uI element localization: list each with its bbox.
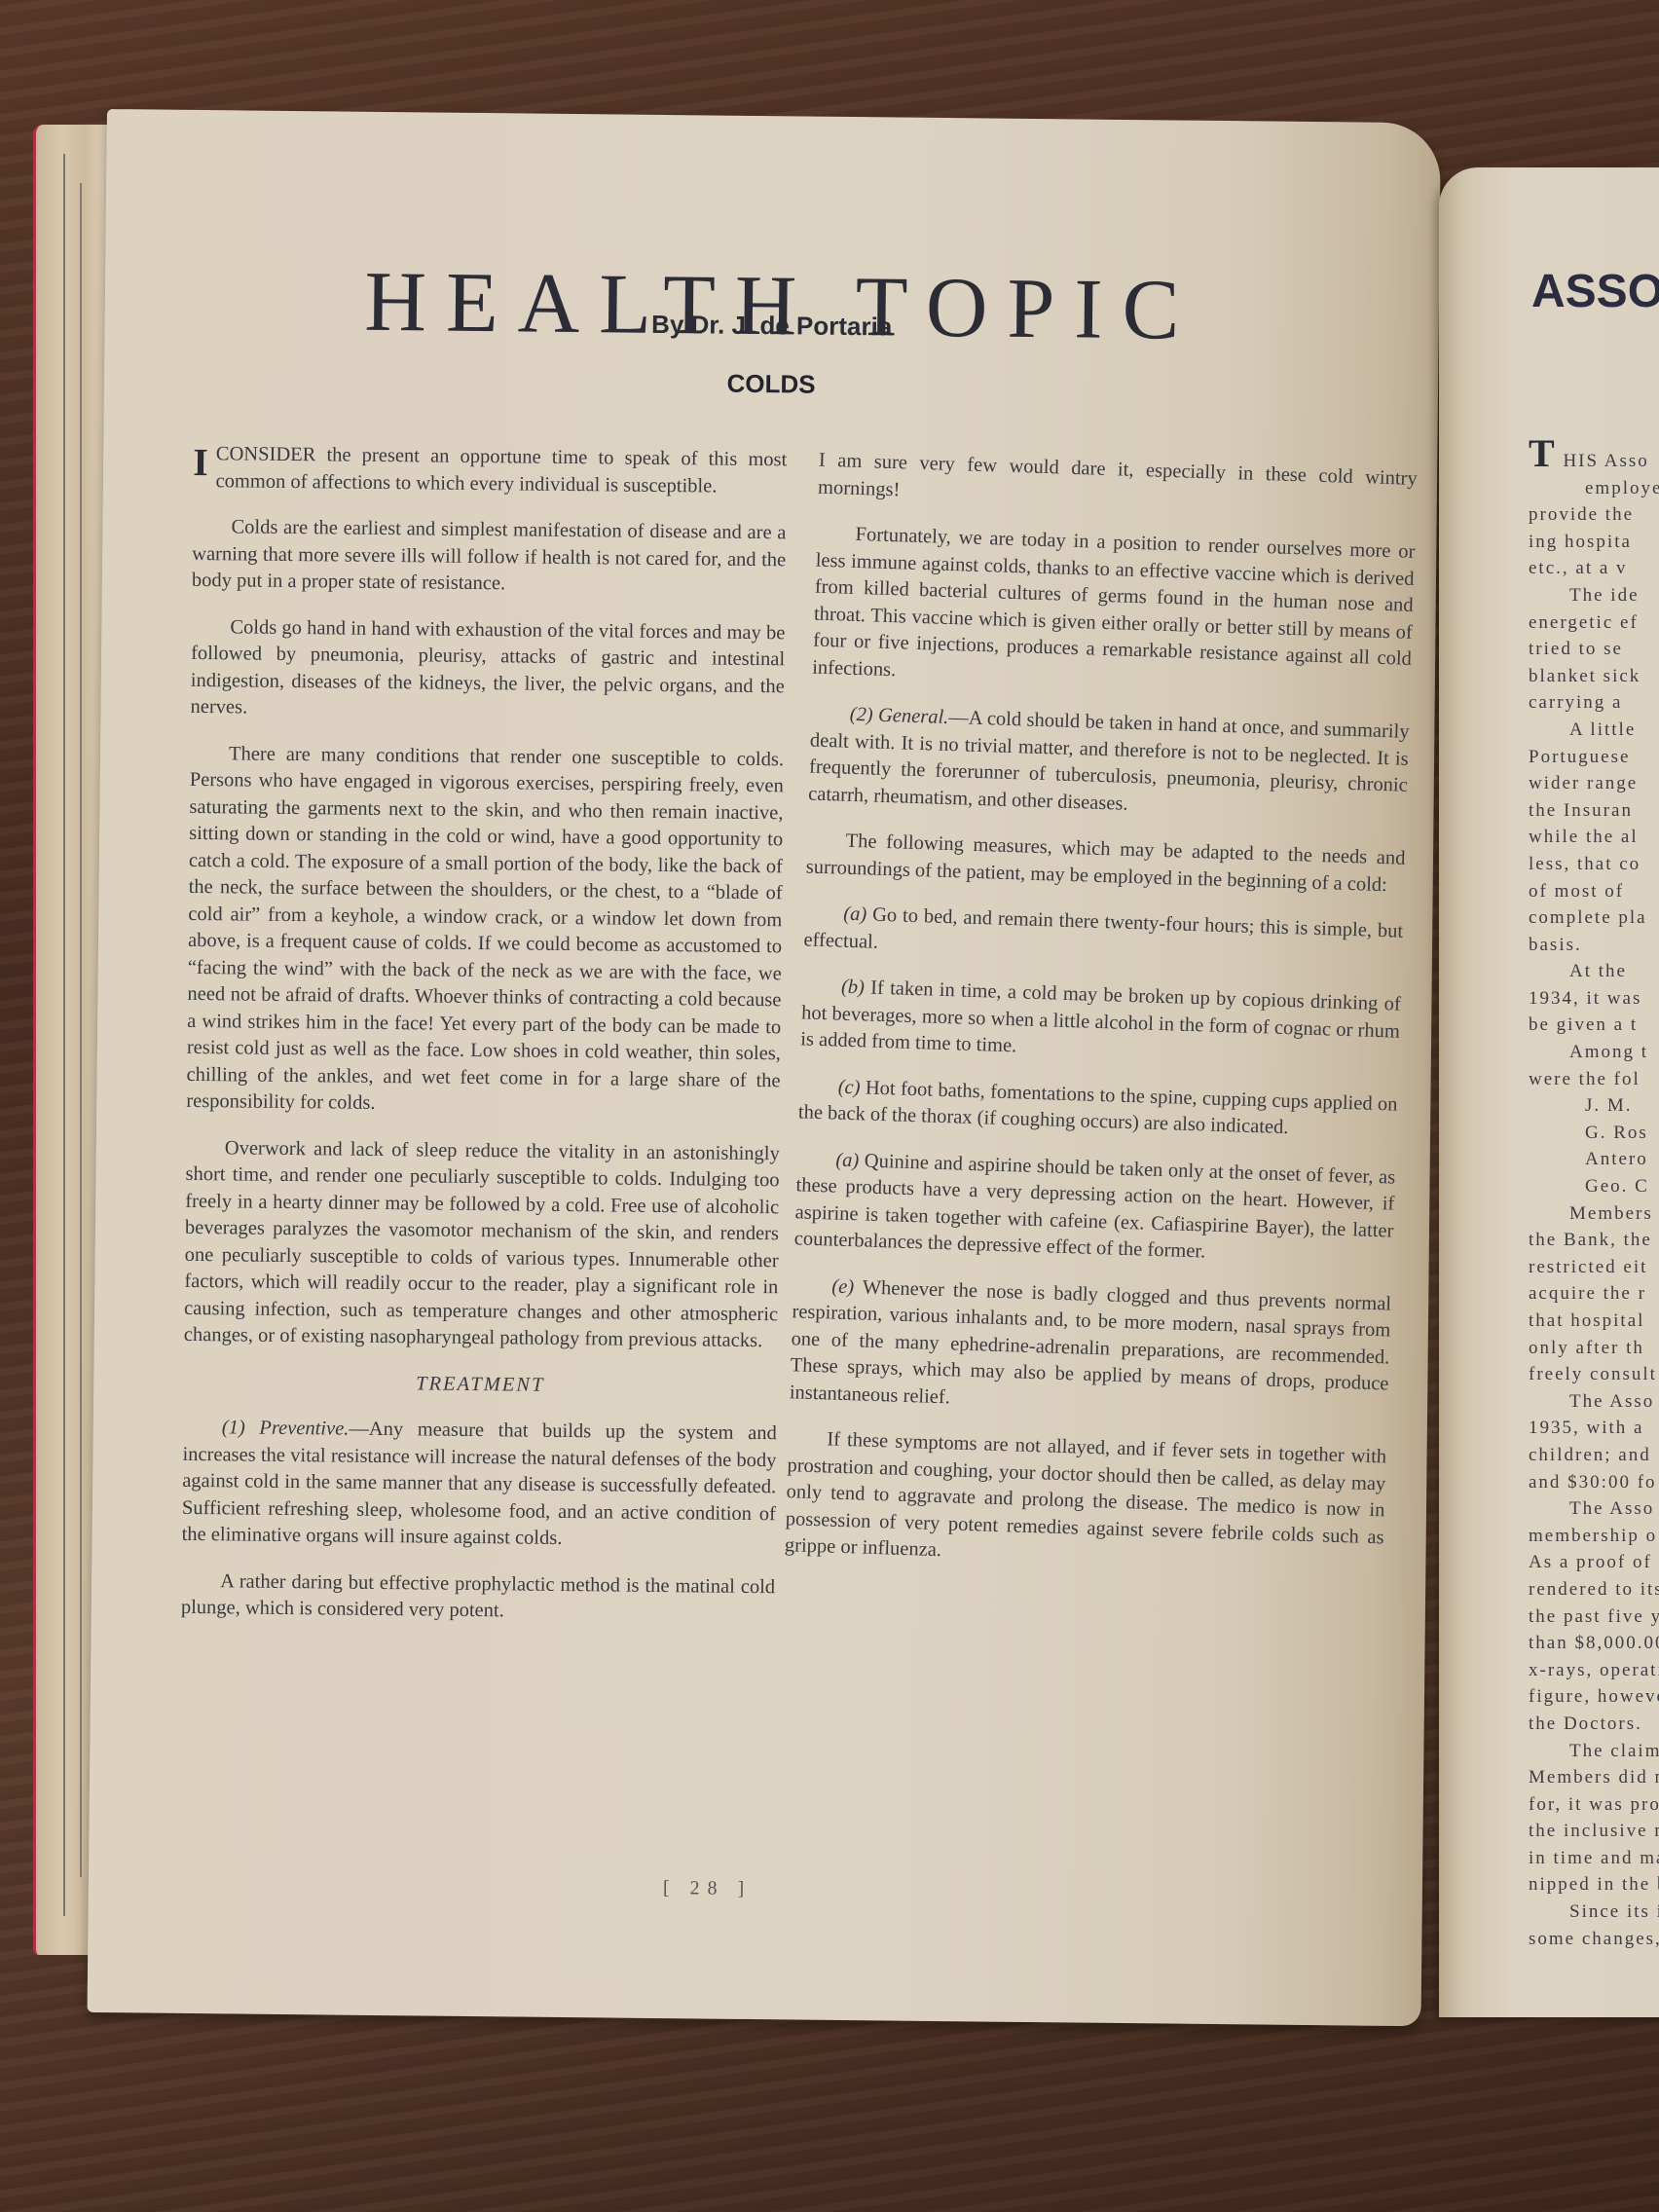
list-item-e: (e) Whenever the nose is badly clogged a… — [789, 1272, 1391, 1425]
paragraph: Colds go hand in hand with exhaustion of… — [190, 613, 785, 726]
right-page-line: The claims — [1529, 1738, 1659, 1765]
right-page-line: that hospital — [1529, 1308, 1659, 1335]
right-page-line: tried to se — [1529, 636, 1659, 663]
right-page-line: blanket sick — [1529, 663, 1659, 690]
right-page-line: and $30:00 fo — [1529, 1469, 1659, 1496]
right-page-line: were the fol — [1529, 1066, 1659, 1093]
left-page: HEALTH TOPIC By Dr. J. de Portaria COLDS… — [88, 109, 1441, 2026]
right-page-line: The Asso — [1529, 1495, 1659, 1523]
right-page-line: etc., at a v — [1529, 555, 1659, 582]
right-page-line: the inclusive me — [1529, 1818, 1659, 1845]
paragraph: A rather daring but effective prophylact… — [181, 1567, 776, 1627]
article-subtitle: COLDS — [104, 362, 1438, 406]
right-page-line: complete pla — [1529, 904, 1659, 932]
drop-cap: T — [1529, 431, 1557, 475]
right-page-line: The Asso — [1529, 1388, 1659, 1416]
list-item-d: (a) Quinine and aspirine should be taken… — [793, 1146, 1395, 1272]
right-page-line: ing hospita — [1529, 529, 1659, 556]
right-page-line: acquire the r — [1529, 1280, 1659, 1308]
right-page-column: T HIS Assoemployeprovide theing hospitae… — [1529, 440, 1659, 1952]
right-page-line: figure, however, — [1529, 1683, 1659, 1711]
right-page-line: The ide — [1529, 582, 1659, 609]
right-page-line: At the — [1529, 958, 1659, 985]
right-page-line: Antero — [1529, 1146, 1659, 1173]
right-page-line: freely consult — [1529, 1361, 1659, 1388]
right-page-title: ASSO — [1531, 265, 1659, 318]
right-page-line: basis. — [1529, 932, 1659, 959]
paragraph-general: (2) General.—A cold should be taken in h… — [808, 701, 1410, 827]
right-page-line: of most of — [1529, 878, 1659, 905]
right-page-line: the Bank, the — [1529, 1227, 1659, 1254]
section-heading-treatment: TREATMENT — [183, 1368, 777, 1401]
right-page-line: restricted eit — [1529, 1254, 1659, 1281]
drop-cap: I — [193, 445, 208, 480]
right-page-line: Since its ins — [1529, 1899, 1659, 1926]
right-page-line: the Insuran — [1529, 797, 1659, 825]
right-page-line: Portuguese — [1529, 744, 1659, 771]
page-number: [ 28 ] — [663, 1877, 753, 1900]
paragraph: Overwork and lack of sleep reduce the vi… — [184, 1134, 780, 1354]
right-page-line: the Doctors. — [1529, 1711, 1659, 1738]
right-page-line: J. M. — [1529, 1092, 1659, 1120]
right-page-line: only after th — [1529, 1335, 1659, 1362]
right-page-line: carrying a — [1529, 689, 1659, 717]
right-page-line: children; and — [1529, 1442, 1659, 1469]
right-page-line: rendered to its — [1529, 1576, 1659, 1604]
right-page-line: the past five y — [1529, 1604, 1659, 1631]
right-page-line: than $8,000.00 — [1529, 1630, 1659, 1657]
right-page-line: Geo. C — [1529, 1173, 1659, 1200]
paragraph: The following measures, which may be ada… — [805, 827, 1405, 899]
right-page-line: some changes, b — [1529, 1926, 1659, 1953]
right-page: ASSO T HIS Assoemployeprovide theing hos… — [1439, 167, 1659, 2017]
right-page-line: provide the — [1529, 501, 1659, 529]
right-page-line: As a proof of — [1529, 1549, 1659, 1576]
right-page-line: while the al — [1529, 824, 1659, 851]
paragraph-preventive: (1) Preventive.—Any measure that builds … — [182, 1415, 777, 1555]
right-page-line: nipped in the bu — [1529, 1871, 1659, 1899]
right-page-line: G. Ros — [1529, 1120, 1659, 1147]
paragraph: I am sure very few would dare it, especi… — [818, 448, 1418, 520]
paragraph: If these symptoms are not allayed, and i… — [785, 1425, 1387, 1578]
right-page-line: 1935, with a — [1529, 1415, 1659, 1442]
right-page-line: energetic ef — [1529, 609, 1659, 637]
right-page-line: employe — [1529, 475, 1659, 502]
right-page-line: Among t — [1529, 1039, 1659, 1066]
paragraph: There are many conditions that render on… — [186, 740, 784, 1121]
right-page-line: 1934, it was — [1529, 985, 1659, 1013]
right-page-line: Members did no — [1529, 1764, 1659, 1791]
list-item-c: (c) Hot foot baths, fomentations to the … — [797, 1073, 1397, 1145]
right-page-line: less, that co — [1529, 851, 1659, 878]
paragraph: Fortunately, we are today in a position … — [812, 521, 1416, 700]
right-page-line: Members — [1529, 1200, 1659, 1228]
column-left: I CONSIDER the present an opportune time… — [181, 441, 788, 1647]
column-right: I am sure very few would dare it, especi… — [784, 448, 1418, 1598]
right-page-line: membership o — [1529, 1523, 1659, 1550]
right-page-line: A little — [1529, 717, 1659, 744]
right-page-line: x-rays, operatio — [1529, 1657, 1659, 1684]
paragraph: Colds are the earliest and simplest mani… — [192, 514, 787, 601]
right-page-line: in time and man — [1529, 1845, 1659, 1872]
right-page-line: for, it was pro — [1529, 1791, 1659, 1819]
list-item-b: (b) If taken in time, a cold may be brok… — [800, 973, 1401, 1072]
right-page-line: HIS Asso — [1563, 451, 1648, 471]
list-item-a: (a) Go to bed, and remain there twenty-f… — [803, 900, 1403, 972]
paragraph-intro: I CONSIDER the present an opportune time… — [193, 441, 788, 500]
right-page-line: wider range — [1529, 770, 1659, 797]
right-page-line: be given a t — [1529, 1012, 1659, 1039]
